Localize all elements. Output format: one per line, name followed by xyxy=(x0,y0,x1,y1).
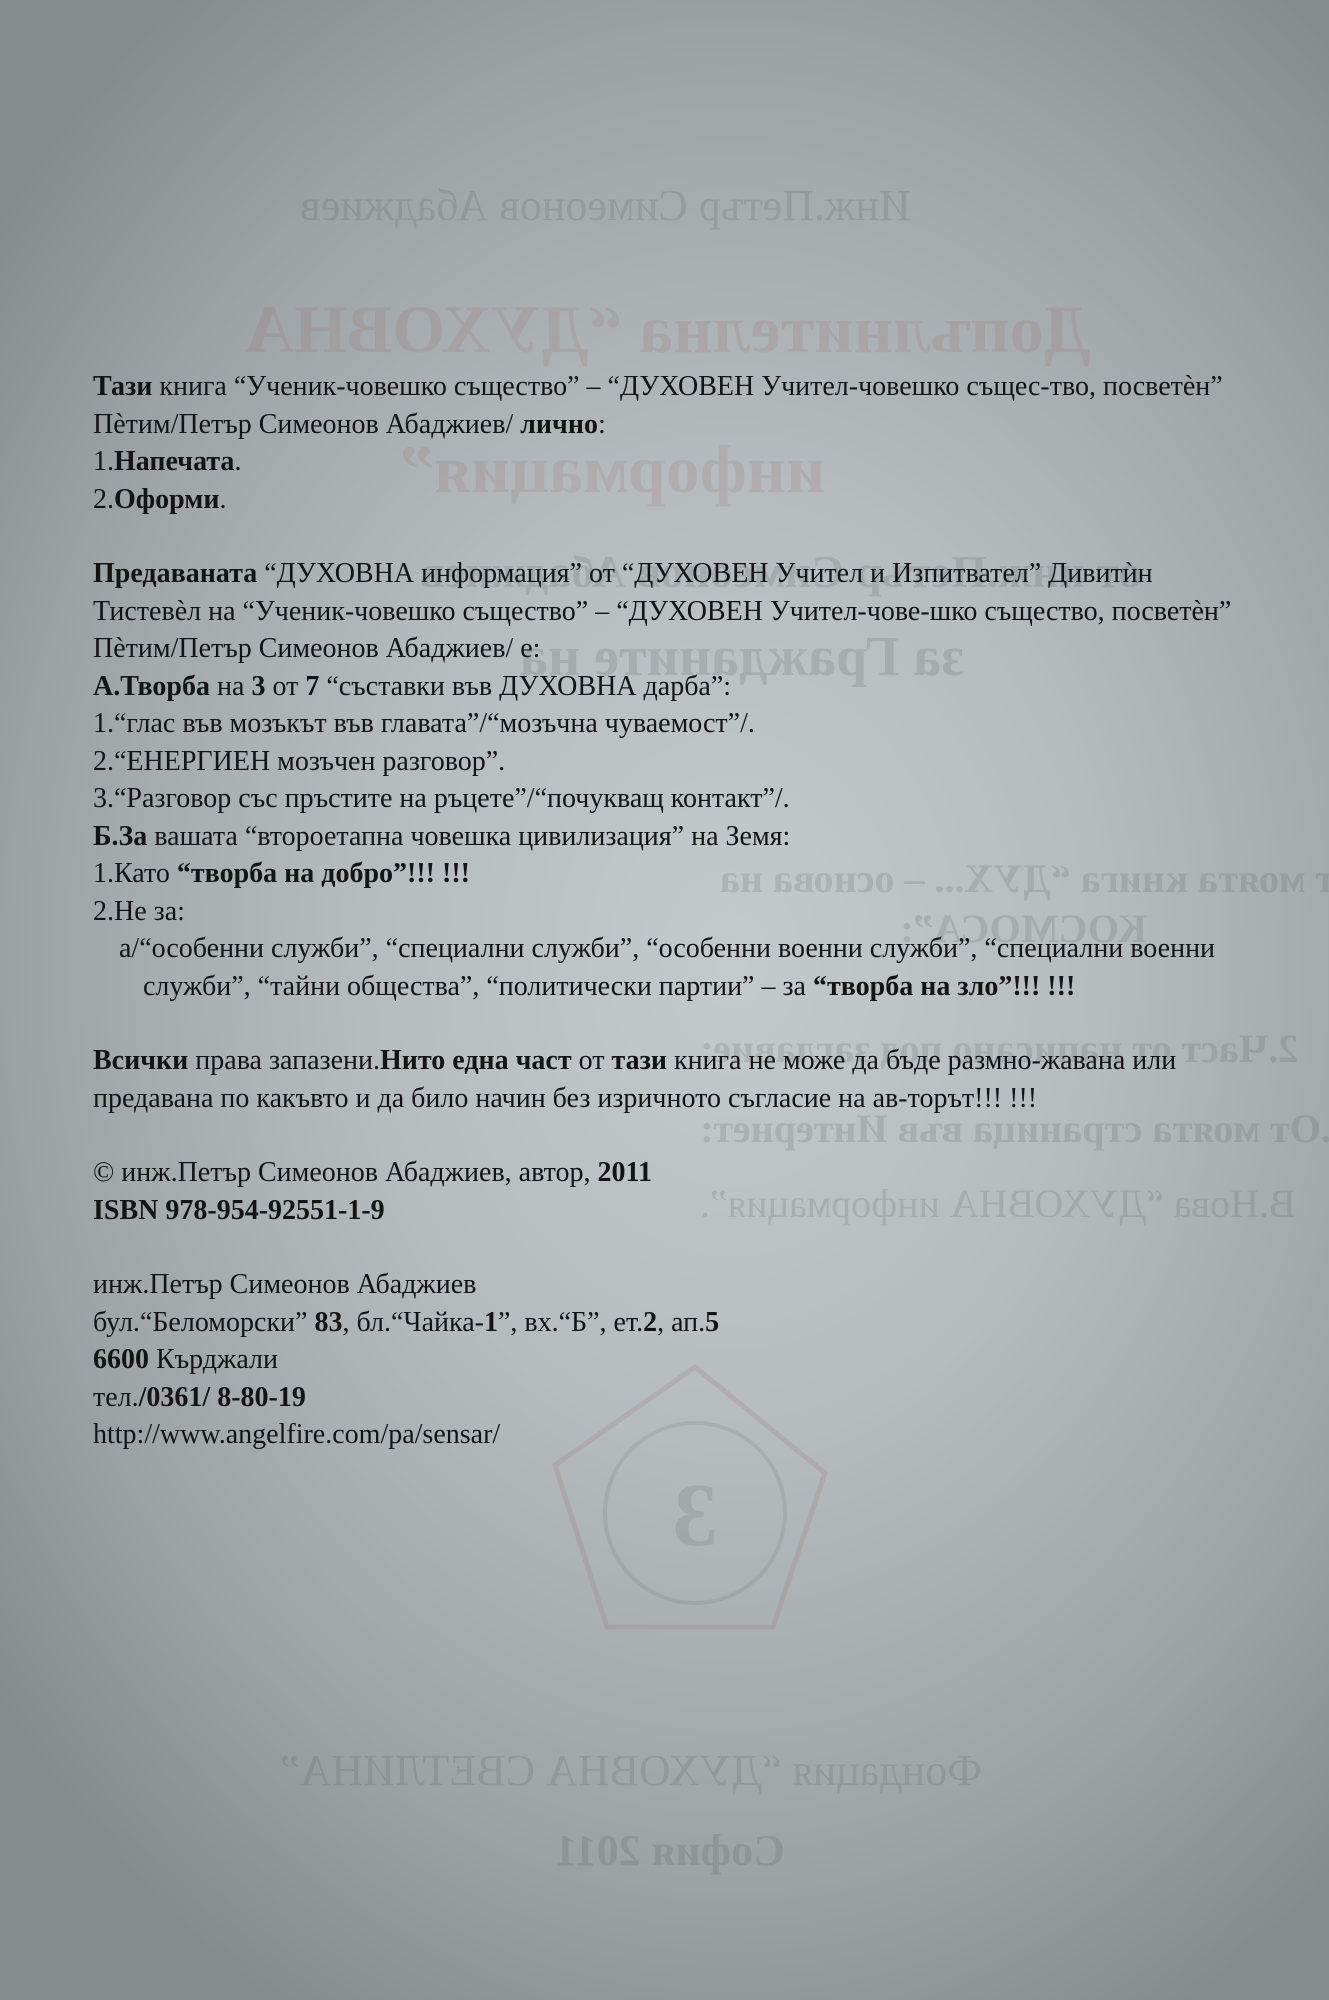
intro-bold-this: Тази xyxy=(93,371,152,402)
text: на xyxy=(210,671,251,702)
count-3: 3 xyxy=(251,671,265,702)
rights-paragraph: Всички права запазени.Нито една част от … xyxy=(93,1042,1243,1117)
item-number: 1. xyxy=(93,446,114,477)
text: , ап. xyxy=(657,1307,705,1338)
item-label: Напечата xyxy=(114,446,234,477)
bold-all: Всички xyxy=(93,1045,188,1076)
section-a-item-1: 1.“глас във мозъкът във главата”/“мозъчн… xyxy=(93,705,1243,743)
isbn: ISBN 978-954-92551-1-9 xyxy=(93,1192,1243,1230)
text: от xyxy=(265,671,305,702)
item-end: . xyxy=(220,484,227,515)
block-number: 1 xyxy=(484,1307,498,1338)
city: Кърджали xyxy=(149,1344,278,1375)
isbn-value: ISBN 978-954-92551-1-9 xyxy=(93,1195,385,1226)
apartment-number: 5 xyxy=(705,1307,719,1338)
bleed-title-line1: Допълнителна “ДУХОВНА xyxy=(245,290,1090,369)
phone-label: тел. xyxy=(93,1382,139,1413)
bold-this: тази xyxy=(611,1045,666,1076)
copyright-text: © инж.Петър Симеонов Абаджиев, автор, xyxy=(93,1157,597,1188)
copyright-line: © инж.Петър Симеонов Абаджиев, автор, 20… xyxy=(93,1154,1243,1192)
bold-good: “творба на добро”!!! !!! xyxy=(177,858,470,889)
copyright-year: 2011 xyxy=(597,1157,651,1188)
intro-item-2: 2.Оформи. xyxy=(93,481,1243,519)
text: бул.“Беломорски” xyxy=(93,1307,314,1338)
section-b-item-2: 2.Не за: xyxy=(93,893,1243,931)
phone-value: /0361/ 8-80-19 xyxy=(139,1382,306,1413)
item-end: . xyxy=(234,446,241,477)
contact-city: 6600 Кърджали xyxy=(93,1341,1243,1379)
intro-paragraph: Тази книга “Ученик-човешко същество” – “… xyxy=(93,368,1243,443)
item-label: Оформи xyxy=(114,484,220,515)
contact-phone: тел./0361/ 8-80-19 xyxy=(93,1379,1243,1417)
contact-address: бул.“Беломорски” 83, бл.“Чайка-1”, вх.“Б… xyxy=(93,1304,1243,1342)
bold-no-part: Нито една част xyxy=(380,1045,572,1076)
section-b-item-2a: а/“особенни служби”, “специални служби”,… xyxy=(93,930,1243,1005)
section-a-item-2: 2.“ЕНЕРГИЕН мозъчен разговор”. xyxy=(93,743,1243,781)
item-number: 2. xyxy=(93,484,114,515)
transmitted-paragraph: Предаваната “ДУХОВНА информация” от “ДУХ… xyxy=(93,555,1243,668)
text: “съставки във ДУХОВНА дарба”: xyxy=(319,671,731,702)
count-7: 7 xyxy=(305,671,319,702)
bold-evil: “творба на зло”!!! !!! xyxy=(813,971,1075,1002)
section-a-heading: А.Творба на 3 от 7 “съставки във ДУХОВНА… xyxy=(93,668,1243,706)
bleed-city-year: София 2011 xyxy=(555,1825,785,1876)
svg-text:3: 3 xyxy=(673,1466,718,1565)
section-a-label: А.Творба xyxy=(93,671,210,702)
text: , бл.“Чайка- xyxy=(342,1307,484,1338)
text: от xyxy=(572,1045,612,1076)
floor-number: 2 xyxy=(643,1307,657,1338)
intro-bold-personally: лично xyxy=(520,409,598,440)
section-a-item-3: 3.“Разговор със пръстите на ръцете”/“поч… xyxy=(93,780,1243,818)
text: вашата “второетапна човешка цивилизация”… xyxy=(147,821,790,852)
transmitted-bold: Предаваната xyxy=(93,558,257,589)
intro-text: книга “Ученик-човешко същество” – “ДУХОВ… xyxy=(93,371,1223,440)
section-b-heading: Б.За вашата “второетапна човешка цивилиз… xyxy=(93,818,1243,856)
text: права запазени. xyxy=(188,1045,380,1076)
bleed-author-header: Инж.Петър Симеонов Абаджиев xyxy=(300,180,911,231)
text: 1.Като xyxy=(93,858,177,889)
intro-colon: : xyxy=(598,409,606,440)
street-number: 83 xyxy=(314,1307,342,1338)
section-b-label: Б.За xyxy=(93,821,147,852)
contact-url[interactable]: http://www.angelfire.com/pa/sensar/ xyxy=(93,1416,1243,1454)
postcode: 6600 xyxy=(93,1344,149,1375)
copyright-page: Тази книга “Ученик-човешко същество” – “… xyxy=(93,368,1243,1454)
section-b-item-1: 1.Като “творба на добро”!!! !!! xyxy=(93,855,1243,893)
contact-name: инж.Петър Симеонов Абаджиев xyxy=(93,1266,1243,1304)
bleed-publisher: Фондация “ДУХОВНА СВЕТЛИНА” xyxy=(280,1745,982,1796)
intro-item-1: 1.Напечата. xyxy=(93,443,1243,481)
text: ”, вх.“Б”, ет. xyxy=(498,1307,643,1338)
transmitted-text: “ДУХОВНА информация” от “ДУХОВЕН Учител … xyxy=(93,558,1231,664)
